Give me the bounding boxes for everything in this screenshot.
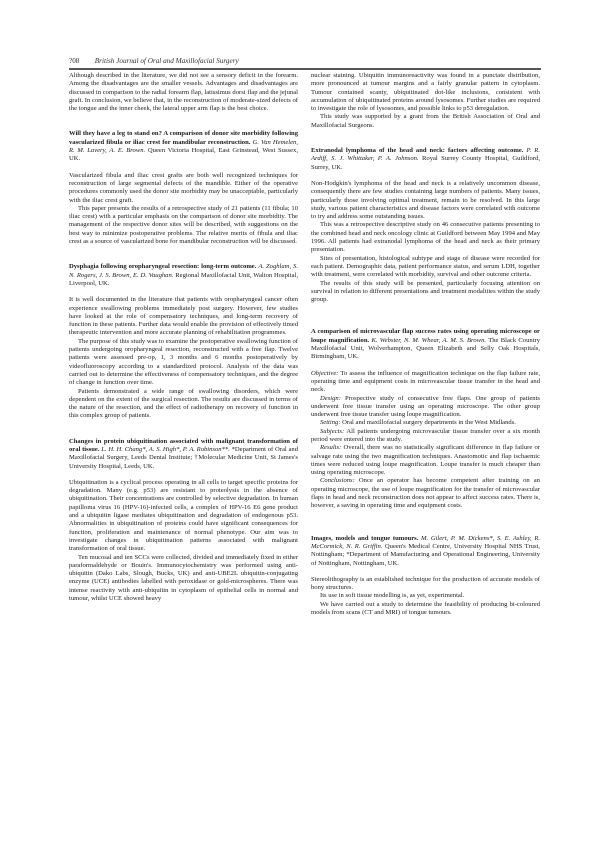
abstract-dysphagia: Dysphagia following oropharyngeal resect… [69, 263, 298, 420]
abstract-authors: L. H. H. Chang*, A. S. High*, P. A. Robi… [101, 446, 230, 453]
abstract-paragraph: Sites of presentation, histological subt… [311, 255, 540, 280]
abstract-heading: Extranodal lymphoma of the head and neck… [311, 147, 540, 172]
continuation-text: nuclear staining. Ubiquitin immunoreacti… [311, 72, 540, 113]
abstract-title: Dysphagia following oropharyngeal resect… [69, 263, 256, 270]
section-text: Overall, there was no statistically sign… [311, 444, 540, 476]
abstract-heading: Dysphagia following oropharyngeal resect… [69, 263, 298, 288]
abstract-paragraph: It is well documented in the literature … [69, 296, 298, 337]
abstract-heading: Images, models and tongue tumours. M. Gi… [311, 535, 540, 568]
structured-section-subjects: Subjects: All patients undergoing microv… [311, 428, 540, 445]
abstract-paragraph: Non-Hodgkin's lymphoma of the head and n… [311, 180, 540, 221]
abstract-paragraph: Ubiquitination is a cyclical process ope… [69, 479, 298, 554]
abstract-tongue-tumours: Images, models and tongue tumours. M. Gi… [311, 535, 540, 618]
continuation-text: Although described in the literature, we… [69, 72, 298, 113]
acknowledgement-text: This study was supported by a grant from… [311, 113, 540, 130]
structured-section-design: Design: Prospective study of consecutive… [311, 395, 540, 420]
abstract-paragraph: Its use in soft tissue modelling is, as … [311, 592, 540, 600]
page-number: ?08 [69, 55, 93, 67]
abstract-heading: Changes in protein ubiquitination associ… [69, 438, 298, 471]
abstract-ubiquitination: Changes in protein ubiquitination associ… [69, 438, 298, 604]
section-text: To assess the influence of magnification… [311, 370, 540, 394]
section-label: Subjects: [320, 428, 344, 435]
abstract-heading: A comparison of microvascular flap succe… [311, 328, 540, 361]
right-column: nuclear staining. Ubiquitin immunoreacti… [311, 72, 540, 617]
journal-title: British Journal of Oral and Maxillofacia… [95, 57, 239, 65]
running-header: ?08 British Journal of Oral and Maxillof… [69, 55, 541, 67]
abstract-paragraph: Ten mucosal and ten SCCs were collected,… [69, 554, 298, 604]
abstract-paragraph: Stereolithography is an established tech… [311, 576, 540, 593]
structured-section-results: Results: Overall, there was no statistic… [311, 444, 540, 477]
section-label: Objective: [311, 370, 338, 377]
section-label: Setting: [320, 419, 341, 426]
structured-section-setting: Setting: Oral and maxillofacial surgery … [311, 419, 540, 427]
left-column: Although described in the literature, we… [69, 72, 298, 603]
abstract-paragraph: The results of this study will be presen… [311, 280, 540, 305]
abstract-paragraph: Vascularized fibula and iliac crest graf… [69, 172, 298, 205]
abstract-microvascular-flap: A comparison of microvascular flap succe… [311, 328, 540, 510]
section-label: Design: [320, 395, 341, 402]
abstract-heading: Will they have a leg to stand on? A comp… [69, 130, 298, 163]
section-label: Results: [320, 444, 341, 451]
structured-section-conclusions: Conclusions: Once an operator has become… [311, 477, 540, 510]
abstract-paragraph: This paper presents the results of a ret… [69, 205, 298, 246]
abstract-extranodal-lymphoma: Extranodal lymphoma of the head and neck… [311, 147, 540, 304]
abstract-paragraph: We have carried out a study to determine… [311, 601, 540, 618]
abstract-title: Images, models and tongue tumours. [311, 535, 418, 542]
section-text: Oral and maxillofacial surgery departmen… [342, 419, 516, 426]
section-text: Prospective study of consecutive free fl… [311, 395, 540, 419]
abstract-title: Extranodal lymphoma of the head and neck… [311, 147, 523, 154]
abstract-paragraph: The purpose of this study was to examine… [69, 338, 298, 388]
abstract-paragraph: This was a retrospective descriptive stu… [311, 221, 540, 254]
abstract-authors: K. Webster, N. M. Whear, A. M. S. Brown. [371, 337, 486, 344]
header-rule [69, 68, 541, 70]
structured-section-objective: Objective: To assess the influence of ma… [311, 370, 540, 395]
abstract-paragraph: Patients demonstrated a wide range of sw… [69, 388, 298, 421]
abstract-donor-site-morbidity: Will they have a leg to stand on? A comp… [69, 130, 298, 246]
section-label: Conclusions: [320, 477, 355, 484]
section-text: All patients undergoing microvascular ti… [311, 428, 540, 443]
